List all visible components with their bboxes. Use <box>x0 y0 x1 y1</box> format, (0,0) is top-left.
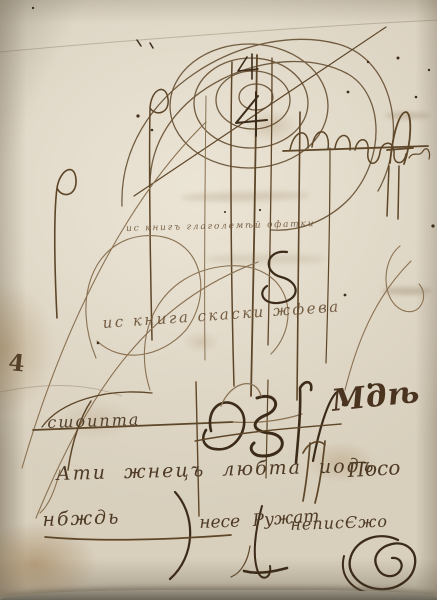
underline-flourish <box>45 535 250 577</box>
numeral-four-marks <box>236 54 267 136</box>
signature-scribble <box>283 112 430 219</box>
diagonal-stroke <box>134 27 386 196</box>
snail-spiral-doodle <box>343 536 415 594</box>
tall-letter-strokes <box>303 441 325 503</box>
flourish-layer <box>0 0 437 600</box>
clef-flourish-left <box>55 170 76 318</box>
manuscript-photo: ис книгъ глаголемѣй офатки ис книга скас… <box>0 0 437 600</box>
clef-flourish-second <box>150 89 169 340</box>
table-edge <box>0 590 437 600</box>
crease-lines <box>0 20 437 396</box>
sweeping-curves <box>22 122 424 518</box>
figure-eight-doodle <box>262 252 295 303</box>
